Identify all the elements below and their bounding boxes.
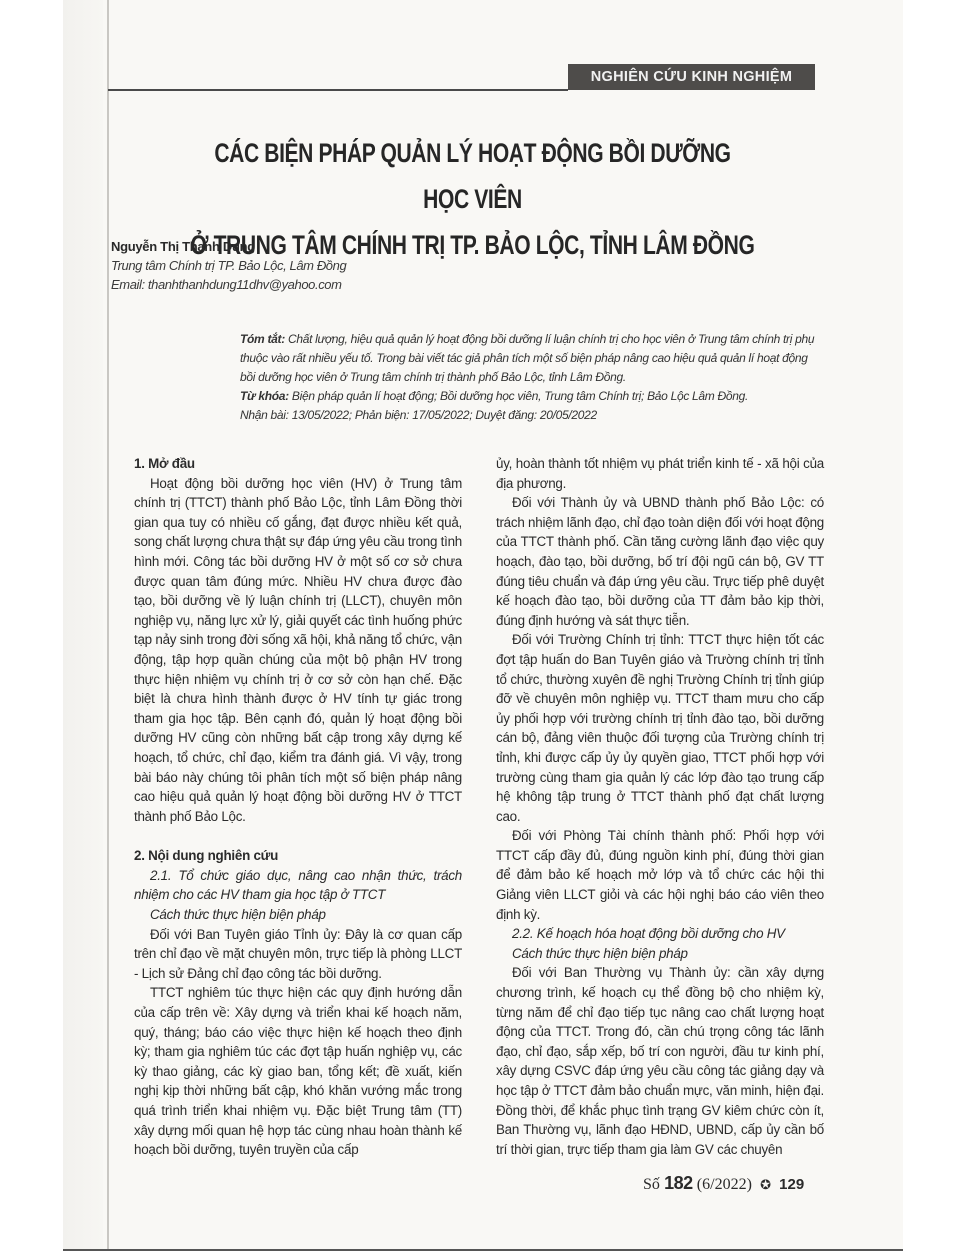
left-margin-rule	[107, 0, 109, 1250]
paragraph: Đối với Thành ủy và UBND thành phố Bảo L…	[496, 493, 824, 630]
article-dates: Nhận bài: 13/05/2022; Phản biện: 17/05/2…	[240, 406, 820, 425]
author-block: Nguyễn Thị Thanh Dung Trung tâm Chính tr…	[111, 237, 346, 294]
page-bottom-edge	[63, 1249, 903, 1251]
abstract-text: Chất lượng, hiệu quả quản lý hoạt động b…	[240, 332, 814, 384]
page-number: 129	[779, 1176, 804, 1193]
paragraph: Đối với Ban Thường vụ Thành ủy: cần xây …	[496, 963, 824, 1159]
paragraph: TTCT nghiêm túc thực hiện các quy định h…	[134, 983, 462, 1159]
issue-number: 182	[664, 1173, 693, 1193]
right-column: ủy, hoàn thành tốt nhiệm vụ phát triển k…	[496, 454, 824, 1159]
page-binding-shadow	[63, 0, 103, 1250]
keywords-label: Từ khóa:	[240, 389, 289, 403]
abstract-label: Tóm tắt:	[240, 332, 285, 346]
paragraph: Đối với Phòng Tài chính thành phố: Phối …	[496, 826, 824, 924]
paragraph: Đối với Ban Tuyên giáo Tỉnh ủy: Đây là c…	[134, 925, 462, 984]
author-email: Email: thanhthanhdung11dhv@yahoo.com	[111, 275, 346, 294]
author-affiliation: Trung tâm Chính trị TP. Bảo Lộc, Lâm Đồn…	[111, 256, 346, 275]
subheading-2-1: 2.1. Tổ chức giáo dục, nâng cao nhận thứ…	[134, 866, 462, 905]
paragraph: ủy, hoàn thành tốt nhiệm vụ phát triển k…	[496, 454, 824, 493]
paragraph: Hoạt động bồi dưỡng học viên (HV) ở Trun…	[134, 474, 462, 827]
header-rule	[108, 89, 568, 91]
heading-introduction: 1. Mở đầu	[134, 454, 462, 474]
issue-date: (6/2022)	[697, 1176, 752, 1193]
method-label: Cách thức thực hiện biện pháp	[496, 944, 824, 964]
abstract: Tóm tắt: Chất lượng, hiệu quả quản lý ho…	[240, 330, 820, 387]
author-name: Nguyễn Thị Thanh Dung	[111, 237, 346, 256]
paragraph: Đối với Trường Chính trị tỉnh: TTCT thực…	[496, 630, 824, 826]
abstract-block: Tóm tắt: Chất lượng, hiệu quả quản lý ho…	[240, 330, 820, 425]
heading-research-content: 2. Nội dung nghiên cứu	[134, 846, 462, 866]
star-separator-icon: ✪	[760, 1177, 771, 1192]
method-label: Cách thức thực hiện biện pháp	[134, 905, 462, 925]
keywords-text: Biện pháp quản lí hoạt động; Bồi dưỡng h…	[289, 389, 748, 403]
section-tag: NGHIÊN CỨU KINH NGHIỆM	[568, 64, 815, 90]
subheading-2-2: 2.2. Kế hoạch hóa hoạt động bồi dưỡng ch…	[496, 924, 824, 944]
title-line-1: CÁC BIỆN PHÁP QUẢN LÝ HOẠT ĐỘNG BỒI DƯỠN…	[190, 130, 756, 222]
issue-prefix: Số	[643, 1176, 660, 1193]
left-column: 1. Mở đầu Hoạt động bồi dưỡng học viên (…	[134, 454, 462, 1160]
page-footer: Số 182 (6/2022) ✪ 129	[643, 1173, 804, 1194]
keywords: Từ khóa: Biện pháp quản lí hoạt động; Bồ…	[240, 387, 820, 406]
